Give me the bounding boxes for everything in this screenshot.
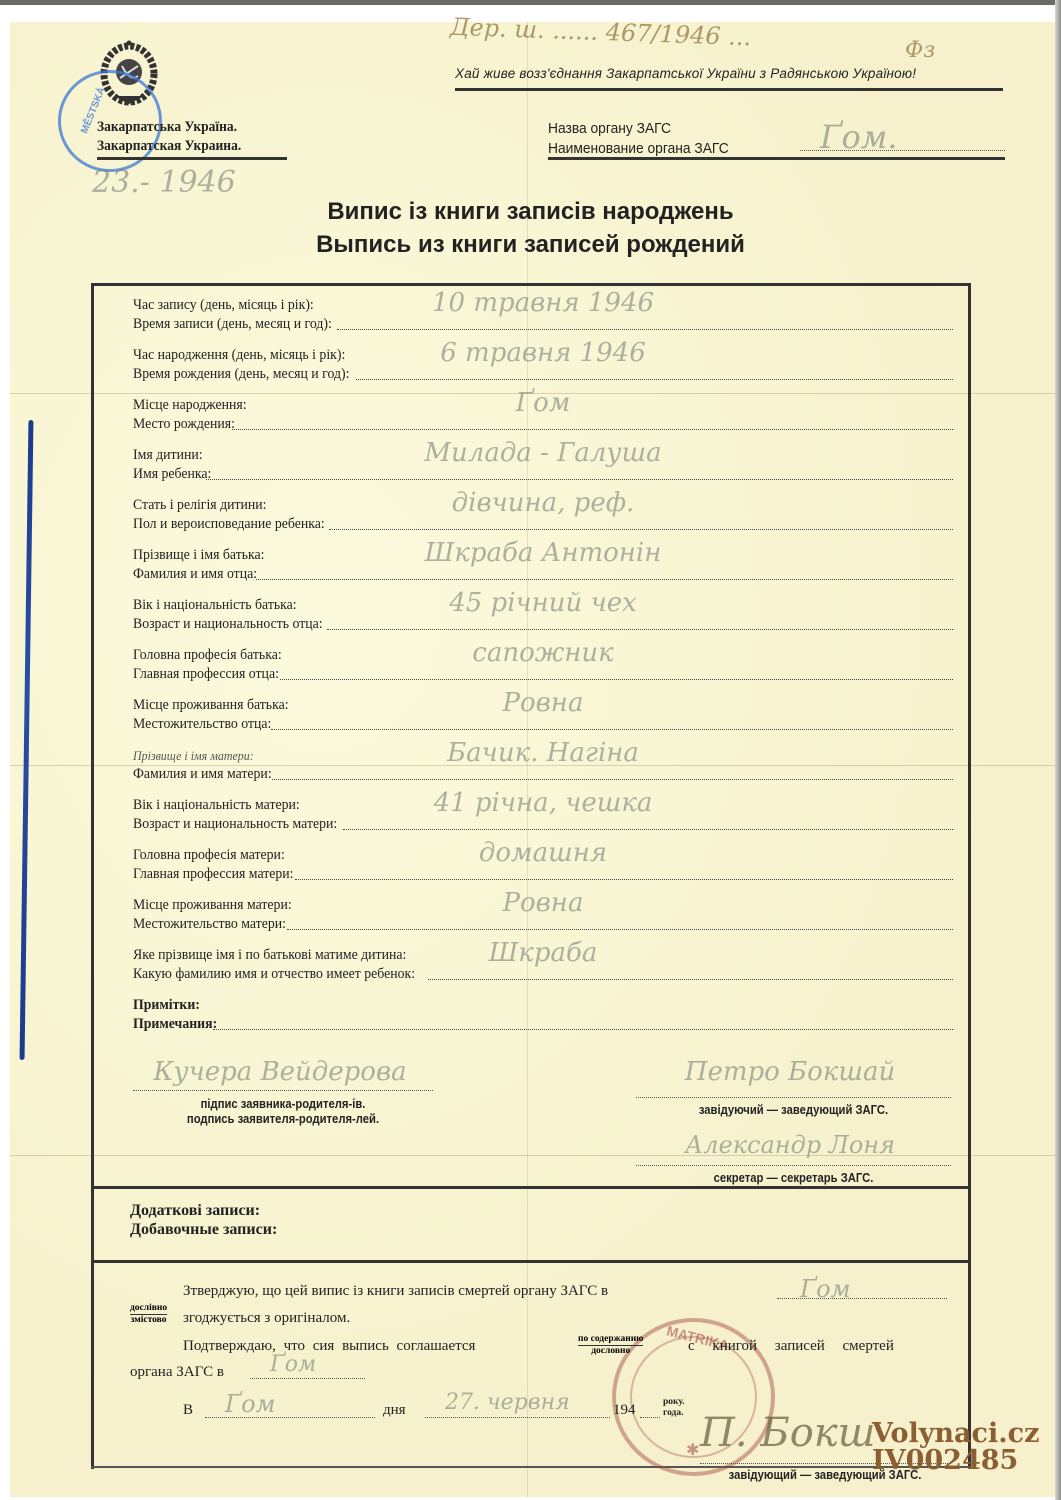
field-value: 6 травня 1946 bbox=[133, 344, 953, 363]
org-value: Ґом. bbox=[820, 118, 897, 156]
place-prefix: В bbox=[183, 1402, 193, 1419]
record-field: Місце народження:Место рождения:Ґом bbox=[133, 396, 953, 434]
year-suffix: року. года. bbox=[663, 1397, 685, 1419]
field-value: 41 річна, чешка bbox=[133, 794, 953, 813]
applicant-signature: Кучера Вейдерова bbox=[130, 1057, 430, 1087]
form-border bbox=[91, 283, 94, 1469]
field-line bbox=[213, 1029, 953, 1030]
record-field: Місце проживання батька:Местожительство … bbox=[133, 696, 953, 734]
field-value: 45 річний чех bbox=[133, 594, 953, 613]
field-line bbox=[343, 829, 953, 830]
field-label-ru: Местожительство матери: bbox=[133, 915, 286, 934]
title-ua: Випис із книги записів народжень bbox=[0, 195, 1061, 228]
place-value: Ґом bbox=[225, 1390, 275, 1418]
head-caption: завідуючий — заведующий ЗАГС. bbox=[652, 1103, 936, 1118]
field-label-ru: Главная профессия матери: bbox=[133, 865, 293, 884]
section-divider bbox=[92, 1260, 970, 1263]
signature-line bbox=[636, 1097, 951, 1098]
region-ua: Закарпатська Україна. bbox=[97, 118, 241, 137]
field-value: 10 травня 1946 bbox=[133, 294, 953, 313]
record-field: Головна професія батька:Главная професси… bbox=[133, 646, 953, 684]
field-line bbox=[428, 979, 953, 980]
record-field: Місце проживання матери:Местожительство … bbox=[133, 896, 953, 934]
field-line bbox=[287, 929, 953, 930]
scan-edge bbox=[0, 0, 1061, 5]
final-signature: П. Бокш bbox=[700, 1410, 876, 1456]
field-line bbox=[206, 479, 953, 480]
form-border bbox=[92, 283, 970, 286]
record-field: Стать і релігія дитини:Пол и вероисповед… bbox=[133, 496, 953, 534]
divider bbox=[548, 157, 1005, 160]
watermark: Volynaci.cz IV002485 bbox=[872, 1420, 1039, 1474]
record-field: Час запису (день, місяць і рік):Время за… bbox=[133, 296, 953, 334]
handwritten-initials: Фз bbox=[905, 38, 935, 63]
certification-line-1: Зтверджую, що цей випис із книги записів… bbox=[183, 1283, 608, 1300]
secretary-signature: Александр Лоня bbox=[630, 1131, 950, 1159]
field-value: Ґом bbox=[133, 394, 953, 413]
head-signature: Петро Бокшай bbox=[630, 1057, 950, 1087]
field-label-ru: Местожительство отца: bbox=[133, 715, 271, 734]
field-value: Бачик. Нагіна bbox=[133, 744, 953, 763]
field-value: Ровна bbox=[133, 894, 953, 913]
signature-line bbox=[636, 1165, 951, 1166]
year-prefix: 194 bbox=[613, 1402, 636, 1419]
day-value: 27. червня bbox=[445, 1390, 570, 1415]
field-label-ru: Фамилия и имя матери: bbox=[133, 765, 272, 784]
document-title: Випис із книги записів народжень Выпись … bbox=[0, 195, 1061, 261]
certification-line-3a: Подтверждаю, что сия выпись соглашается bbox=[183, 1338, 475, 1355]
title-ru: Выпись из книги записей рождений bbox=[0, 228, 1061, 261]
field-line bbox=[295, 879, 953, 880]
section-divider bbox=[92, 1186, 970, 1189]
certification-field-line bbox=[250, 1378, 365, 1379]
day-label: дня bbox=[383, 1402, 406, 1419]
field-label-ru: Какую фамилию имя и отчество имеет ребен… bbox=[133, 965, 415, 984]
slogan: Хай живе возз'єднання Закарпатської Укра… bbox=[455, 66, 916, 81]
record-field: Імя дитини:Имя ребенка:Милада - Галуша bbox=[133, 446, 953, 484]
record-field: Прізвище і імя батька:Фамилия и имя отца… bbox=[133, 546, 953, 584]
divider bbox=[97, 157, 287, 160]
field-value: сапожник bbox=[133, 644, 953, 663]
form-border bbox=[968, 283, 971, 1469]
certification-place-value: Ґом bbox=[800, 1275, 850, 1303]
fraction-ua: дослівнозмістово bbox=[130, 1303, 167, 1326]
record-field: Примітки:Примечания: bbox=[133, 996, 953, 1034]
field-line bbox=[272, 779, 953, 780]
field-value: Шкраба Антонін bbox=[133, 544, 953, 563]
certification-field-line bbox=[425, 1417, 610, 1418]
field-label-ru: Главная профессия отца: bbox=[133, 665, 279, 684]
field-label-ru: Возраст и национальность отца: bbox=[133, 615, 323, 634]
record-field: Вік і національність матери:Возраст и на… bbox=[133, 796, 953, 834]
divider bbox=[455, 88, 1003, 91]
field-line bbox=[280, 679, 953, 680]
field-line bbox=[329, 529, 953, 530]
certification-line-2: згоджується з оригіналом. bbox=[183, 1310, 350, 1327]
field-line bbox=[356, 379, 953, 380]
certification-field-line bbox=[640, 1417, 660, 1418]
record-field: Яке прізвище імя і по батькові матиме ди… bbox=[133, 946, 953, 984]
record-field: Час народження (день, місяць і рік):Врем… bbox=[133, 346, 953, 384]
field-label-ru: Фамилия и имя отца: bbox=[133, 565, 257, 584]
field-label-ru: Время рождения (день, месяц и год): bbox=[133, 365, 349, 384]
certification-line-4: органа ЗАГС в bbox=[130, 1364, 224, 1381]
field-label-ru: Пол и вероисповедание ребенка: bbox=[133, 515, 325, 534]
field-line bbox=[232, 429, 953, 430]
record-field: Головна професія матери:Главная професси… bbox=[133, 846, 953, 884]
applicant-caption: підпис заявника-родителя-ів. подпись зая… bbox=[148, 1097, 418, 1127]
field-label-ru: Имя ребенка: bbox=[133, 465, 211, 484]
field-label-ru: Примечания: bbox=[133, 1015, 217, 1034]
field-line bbox=[337, 329, 953, 330]
record-field: Прізвище і імя матери:Фамилия и имя мате… bbox=[133, 746, 953, 784]
field-line bbox=[327, 629, 953, 630]
certification-organ-value: Ґом bbox=[270, 1352, 316, 1377]
field-value: дівчина, реф. bbox=[133, 494, 953, 513]
field-label-ua: Примітки: bbox=[133, 996, 887, 1015]
signature-line bbox=[133, 1090, 433, 1091]
record-field: Вік і національність батька:Возраст и на… bbox=[133, 596, 953, 634]
org-label: Назва органу ЗАГС Наименование органа ЗА… bbox=[548, 119, 729, 159]
field-value: Милада - Галуша bbox=[133, 444, 953, 463]
secretary-caption: секретар — секретарь ЗАГС. bbox=[652, 1171, 936, 1186]
field-line bbox=[256, 579, 953, 580]
field-value: домашня bbox=[133, 844, 953, 863]
fraction-ru: по содержаниюдословно bbox=[578, 1334, 643, 1357]
additional-records-label: Додаткові записи: Добавочные записи: bbox=[130, 1201, 277, 1239]
field-label-ru: Место рождения: bbox=[133, 415, 235, 434]
region-header: Закарпатська Україна. Закарпатская Украи… bbox=[97, 118, 241, 156]
field-value: Шкраба bbox=[133, 944, 953, 963]
field-label-ru: Время записи (день, месяц и год): bbox=[133, 315, 332, 334]
field-value: Ровна bbox=[133, 694, 953, 713]
field-label-ru: Возраст и национальность матери: bbox=[133, 815, 337, 834]
field-line bbox=[271, 729, 953, 730]
certification-line-3b: с книгой записей смертей bbox=[688, 1338, 894, 1355]
region-ru: Закарпатская Украина. bbox=[97, 137, 241, 156]
